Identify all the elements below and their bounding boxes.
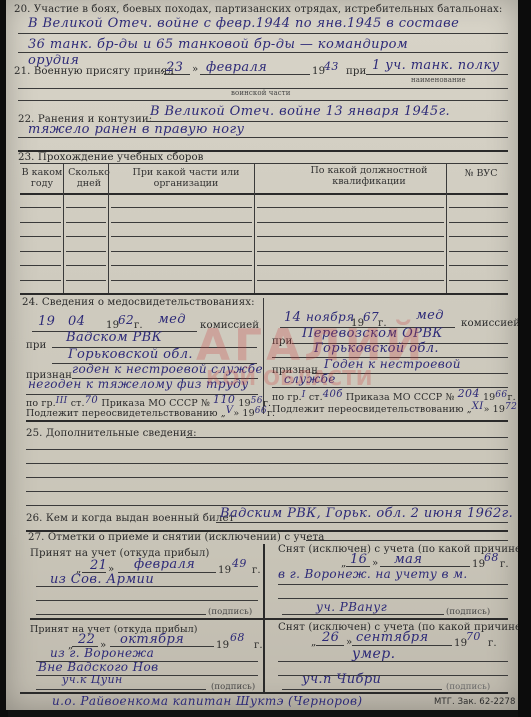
med-left-st: 70	[85, 395, 99, 406]
table-rule	[449, 265, 508, 266]
col-divider	[63, 163, 64, 293]
table-rule	[449, 207, 508, 208]
table-rule	[66, 280, 106, 281]
table-rule	[449, 222, 508, 223]
caption-name: наименование	[411, 76, 466, 84]
med-right-reexam-year: 72	[505, 402, 517, 412]
table-rule	[111, 236, 252, 237]
removed-1-day: 16	[350, 552, 367, 567]
rule	[36, 614, 206, 615]
removed-1-year: 68	[484, 551, 499, 564]
year-prefix: 19	[493, 404, 505, 415]
rule	[278, 584, 508, 585]
rule	[26, 491, 508, 492]
section-20-line-1: В Великой Отеч. войне с февр.1944 по янв…	[28, 16, 459, 31]
rule	[18, 52, 508, 53]
rule	[26, 477, 508, 478]
rule	[306, 540, 508, 541]
col-days: Сколько дней	[66, 167, 112, 189]
section-25-label: 25. Дополнительные сведения:	[26, 428, 197, 439]
rule	[200, 74, 310, 75]
signature-label: (подпись)	[211, 682, 255, 692]
print-order-footer: МТГ. Зак. 62-2278	[434, 697, 516, 707]
removed-2-reason: умер.	[352, 646, 395, 662]
rule	[18, 137, 508, 138]
st-label: ст.	[309, 392, 323, 403]
oath-day: 23	[166, 60, 183, 75]
rule	[30, 618, 508, 620]
table-rule	[257, 251, 444, 252]
accepted-2-from-2: Вне Вадского Нов	[38, 660, 159, 674]
table-rule	[449, 251, 508, 252]
rule	[26, 449, 508, 450]
table-rule	[20, 265, 61, 266]
med-left-at-2: Горьковской обл.	[68, 347, 193, 362]
rule	[312, 373, 508, 374]
med-right-st: 40б	[323, 389, 343, 400]
col-vus: № ВУС	[454, 168, 508, 179]
military-commissar-signature: и.о. Райвоенкома капитан Шуктэ (Черноров…	[52, 694, 362, 708]
removed-1-month: мая	[394, 552, 422, 567]
rule	[278, 661, 508, 662]
rule	[186, 437, 508, 438]
removed-1-signature: уч. РВануг	[316, 600, 387, 614]
med-right-year: 67	[363, 310, 379, 324]
document-page: 20. Участие в боях, боевых походах, парт…	[6, 0, 518, 710]
col-divider	[254, 163, 255, 293]
oath-at-label: при	[346, 66, 366, 77]
table-rule	[20, 222, 61, 223]
table-rule	[66, 236, 106, 237]
rule	[26, 463, 508, 464]
rule	[316, 645, 344, 646]
table-rule	[20, 251, 61, 252]
scan-edge-right	[518, 0, 531, 717]
med-right-order-no: 204	[458, 387, 480, 400]
year-prefix: 19	[483, 392, 495, 403]
rule	[36, 586, 258, 587]
rule	[282, 689, 442, 690]
signature-label: (подпись)	[446, 682, 490, 692]
section-22-line-1: В Великой Отеч. войне 13 января 1945г.	[150, 104, 450, 119]
accepted-2-from-1: из г. Воронежа	[50, 646, 154, 660]
accepted-1-from: из Сов. Армии	[50, 572, 154, 587]
med-right-at-1: Перевозском ОРВК	[302, 326, 443, 341]
med-left-reexam-year: 66	[255, 406, 267, 416]
section-20-line-2: 36 танк. бр-ды и 65 танковой бр-ды — ком…	[28, 37, 408, 52]
signature-label: (подпись)	[446, 607, 490, 617]
section-26-label: 26. Кем и когда выдан военный билет	[26, 513, 234, 524]
rule	[216, 522, 508, 523]
table-rule	[257, 207, 444, 208]
med-right-day: 14	[284, 310, 301, 325]
accepted-2-day: 22	[78, 632, 95, 647]
table-rule	[20, 207, 61, 208]
year-prefix: 19	[242, 408, 254, 419]
med-left-gr: III	[56, 396, 68, 406]
col-unit: При какой части или организации	[118, 167, 254, 189]
table-rule	[66, 222, 106, 223]
rule	[164, 74, 190, 75]
table-rule	[111, 265, 252, 266]
table-rule	[257, 222, 444, 223]
table-rule	[111, 280, 252, 281]
rule	[366, 74, 508, 75]
removed-2-month: сентября	[356, 630, 429, 645]
med-right-reexam-month: XI	[472, 401, 484, 412]
med-left-recognized-2: негоден к тяжелому физ труду	[28, 377, 249, 391]
article-prefix: по гр.	[272, 392, 302, 403]
table-rule	[111, 207, 252, 208]
col-divider	[446, 163, 447, 293]
order-label: Приказа МО СССР №	[346, 392, 455, 403]
table-rule	[257, 265, 444, 266]
rule	[18, 33, 508, 34]
accepted-2-signature: уч.к Цуин	[62, 673, 123, 686]
rule	[36, 600, 258, 601]
accepted-1-month: февраля	[134, 557, 195, 572]
at-label: при	[272, 336, 292, 347]
med-right-at-2: Горьковской обл.	[314, 341, 439, 356]
table-rule	[66, 265, 106, 266]
med-right-gr: I	[302, 390, 306, 400]
section-22-line-2: тяжело ранен в правую ногу	[28, 122, 244, 137]
rule	[20, 163, 508, 164]
med-right-recognized-2: службе	[284, 372, 336, 386]
col-divider	[108, 163, 109, 293]
table-header-rule	[20, 193, 508, 195]
med-left-order-year: 56	[251, 396, 263, 406]
year-prefix: 19	[218, 565, 231, 576]
removed-2-signature: уч.п Чибри	[302, 672, 381, 687]
med-left-recognized-1: годен к нестроевой службе	[72, 362, 263, 376]
section-20-label: 20. Участие в боях, боевых походах, парт…	[14, 4, 502, 15]
section-21-label: 21. Военную присягу принял	[14, 66, 174, 77]
table-rule	[20, 236, 61, 237]
rule	[26, 420, 508, 422]
year-prefix: 19	[216, 640, 229, 651]
med-left-commission: мед	[158, 312, 186, 327]
rule	[36, 689, 206, 690]
accepted-2-year: 68	[230, 631, 245, 644]
military-id-issued-by: Вадским РВК, Горьк. обл. 2 июня 1962г.	[220, 506, 513, 521]
table-rule	[66, 251, 106, 252]
section-23-label: 23. Прохождение учебных сборов	[18, 152, 204, 163]
table-rule	[257, 236, 444, 237]
col-year: В каком году	[18, 167, 66, 189]
table-rule	[20, 280, 61, 281]
col-qualification: По какой должностной квалификации	[294, 165, 444, 187]
removed-2-year: 70	[466, 630, 481, 643]
med-left-day: 19	[38, 314, 55, 329]
med-left-reexam-month: V	[226, 405, 234, 416]
med-right-month: ноября	[306, 310, 354, 324]
accepted-1-year: 49	[232, 557, 247, 570]
oath-unit: 1 уч. танк. полку	[372, 58, 500, 73]
med-left-month: 04	[68, 314, 85, 329]
med-right-commission: мед	[416, 308, 444, 323]
med-right-order-year: 66	[495, 390, 507, 400]
reexam-label: Подлежит переосвидетельствованию	[272, 404, 464, 415]
oath-month: февраля	[206, 60, 267, 75]
med-left-at-1: Вадском РВК	[66, 330, 162, 345]
section-24-label: 24. Сведения о медосвидетельствованиях:	[22, 297, 255, 308]
removed-2-day: 26	[322, 630, 339, 645]
table-rule	[66, 207, 106, 208]
table-rule	[257, 280, 444, 281]
section-27-label: 27. Отметки о приеме и снятии (исключени…	[28, 532, 324, 543]
reexam-label: Подлежит переосвидетельствованию	[26, 408, 218, 419]
caption-unit: воинской части	[231, 89, 291, 97]
table-rule	[111, 251, 252, 252]
at-label: при	[26, 340, 46, 351]
table-rule	[111, 222, 252, 223]
table-rule	[449, 236, 508, 237]
rule	[282, 614, 444, 615]
accepted-2-month: октября	[120, 632, 184, 647]
rule	[18, 100, 508, 101]
rule	[20, 293, 508, 295]
signature-label: (подпись)	[208, 607, 252, 617]
accepted-1-day: 21	[90, 558, 107, 573]
commission-label: комиссией	[200, 320, 259, 331]
med-left-year: 62	[118, 313, 134, 327]
commission-label: комиссией	[461, 318, 520, 329]
oath-year: 43	[324, 60, 339, 73]
table-rule	[449, 280, 508, 281]
removed-1-reason: в г. Воронеж. на учету в м.	[278, 567, 468, 581]
rule	[278, 598, 508, 599]
med-right-recognized-1: Годен к нестроевой	[324, 357, 461, 371]
